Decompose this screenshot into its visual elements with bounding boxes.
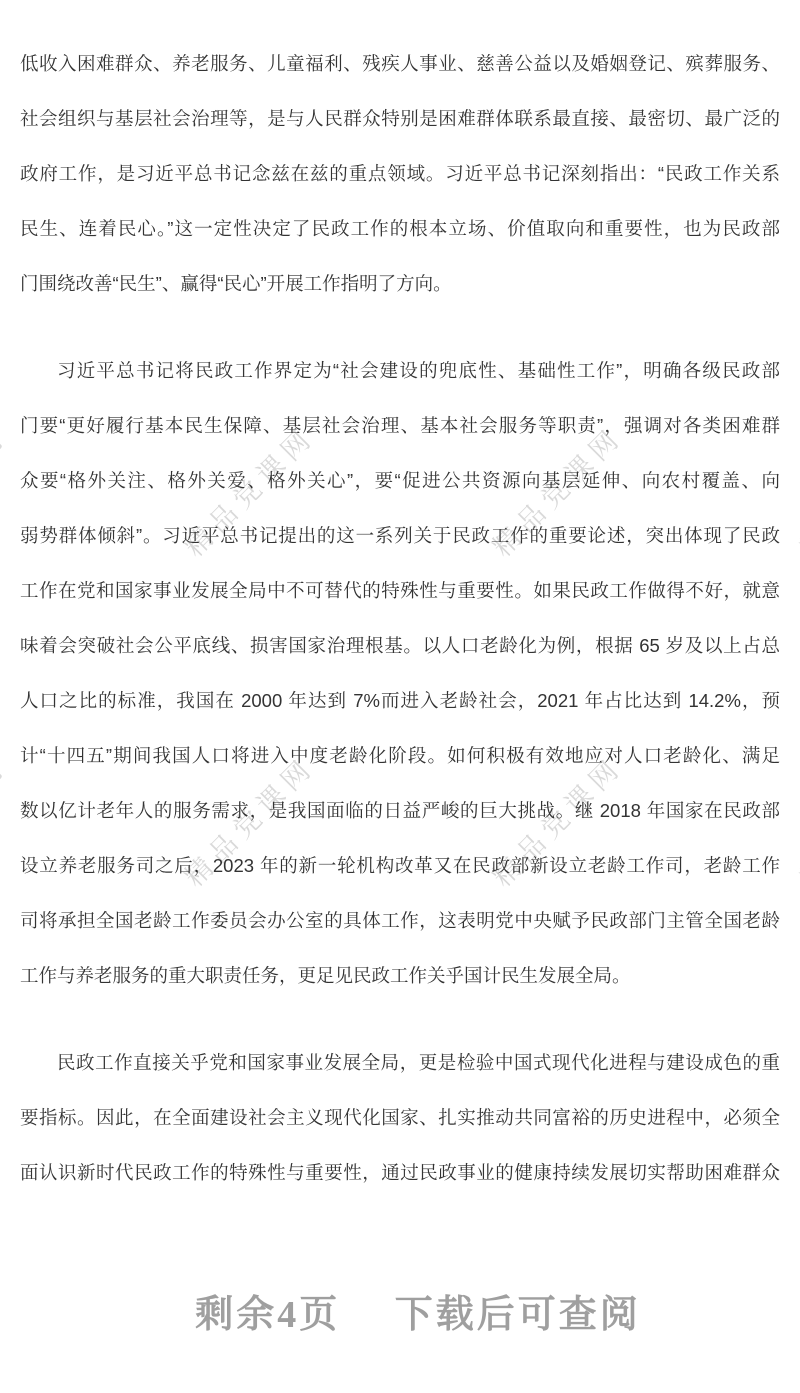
document-page: 精品党课网精品党课网精品党课网精品党课网精品党课网精品党课网精品党课网精品党课网… [0,0,800,1393]
remaining-pages-label: 剩余4页 [195,1294,340,1336]
text-line: 面认识新时代民政工作的特殊性与重要性，通过民政事业的健康持续发展切实帮助困难群众 [20,1145,780,1200]
text-line: 门要“更好履行基本民生保障、基层社会治理、基本社会服务等职责”，强调对各类困难群 [20,398,780,453]
text-line: 工作在党和国家事业发展全局中不可替代的特殊性与重要性。如果民政工作做得不好，就意 [20,563,780,618]
text-line: 民生、连着民心。”这一定性决定了民政工作的根本立场、价值取向和重要性，也为民政部 [20,201,780,256]
text-line: 门围绕改善“民生”、赢得“民心”开展工作指明了方向。 [20,256,780,311]
text-line: 弱势群体倾斜”。习近平总书记提出的这一系列关于民政工作的重要论述，突出体现了民政 [20,508,780,563]
text-line: 社会组织与基层社会治理等，是与人民群众特别是困难群体联系最直接、最密切、最广泛的 [20,91,780,146]
text-line: 计“十四五”期间我国人口将进入中度老龄化阶段。如何积极有效地应对人口老龄化、满足 [20,728,780,783]
preview-footer-notice: 剩余4页 下载后可查阅 [18,1283,800,1338]
text-line: 要指标。因此，在全面建设社会主义现代化国家、扎实推动共同富裕的历史进程中，必须全 [20,1090,780,1145]
document-text: 低收入困难群众、养老服务、儿童福利、残疾人事业、慈善公益以及婚姻登记、殡葬服务、… [0,0,800,1200]
text-line: 民政工作直接关乎党和国家事业发展全局，更是检验中国式现代化进程与建设成色的重 [20,1035,780,1090]
paragraph: 低收入困难群众、养老服务、儿童福利、残疾人事业、慈善公益以及婚姻登记、殡葬服务、… [20,36,780,311]
text-line: 数以亿计老年人的服务需求，是我国面临的日益严峻的巨大挑战。继 2018 年国家在… [20,783,780,838]
text-line: 司将承担全国老龄工作委员会办公室的具体工作，这表明党中央赋予民政部门主管全国老龄 [20,893,780,948]
text-line: 味着会突破社会公平底线、损害国家治理根基。以人口老龄化为例，根据 65 岁及以上… [20,618,780,673]
text-line: 习近平总书记将民政工作界定为“社会建设的兜底性、基础性工作”，明确各级民政部 [20,343,780,398]
text-line: 众要“格外关注、格外关爱、格外关心”，要“促进公共资源向基层延伸、向农村覆盖、向 [20,453,780,508]
paragraph: 习近平总书记将民政工作界定为“社会建设的兜底性、基础性工作”，明确各级民政部门要… [20,343,780,1003]
text-line: 低收入困难群众、养老服务、儿童福利、残疾人事业、慈善公益以及婚姻登记、殡葬服务、 [20,36,780,91]
text-line: 设立养老服务司之后，2023 年的新一轮机构改革又在民政部新设立老龄工作司，老龄… [20,838,780,893]
text-line: 工作与养老服务的重大职责任务，更足见民政工作关乎国计民生发展全局。 [20,948,780,1003]
download-hint-label: 下载后可查阅 [395,1294,641,1336]
text-line: 人口之比的标准，我国在 2000 年达到 7%而进入老龄社会，2021 年占比达… [20,673,780,728]
paragraph: 民政工作直接关乎党和国家事业发展全局，更是检验中国式现代化进程与建设成色的重要指… [20,1035,780,1200]
text-line: 政府工作，是习近平总书记念兹在兹的重点领域。习近平总书记深刻指出：“民政工作关系 [20,146,780,201]
